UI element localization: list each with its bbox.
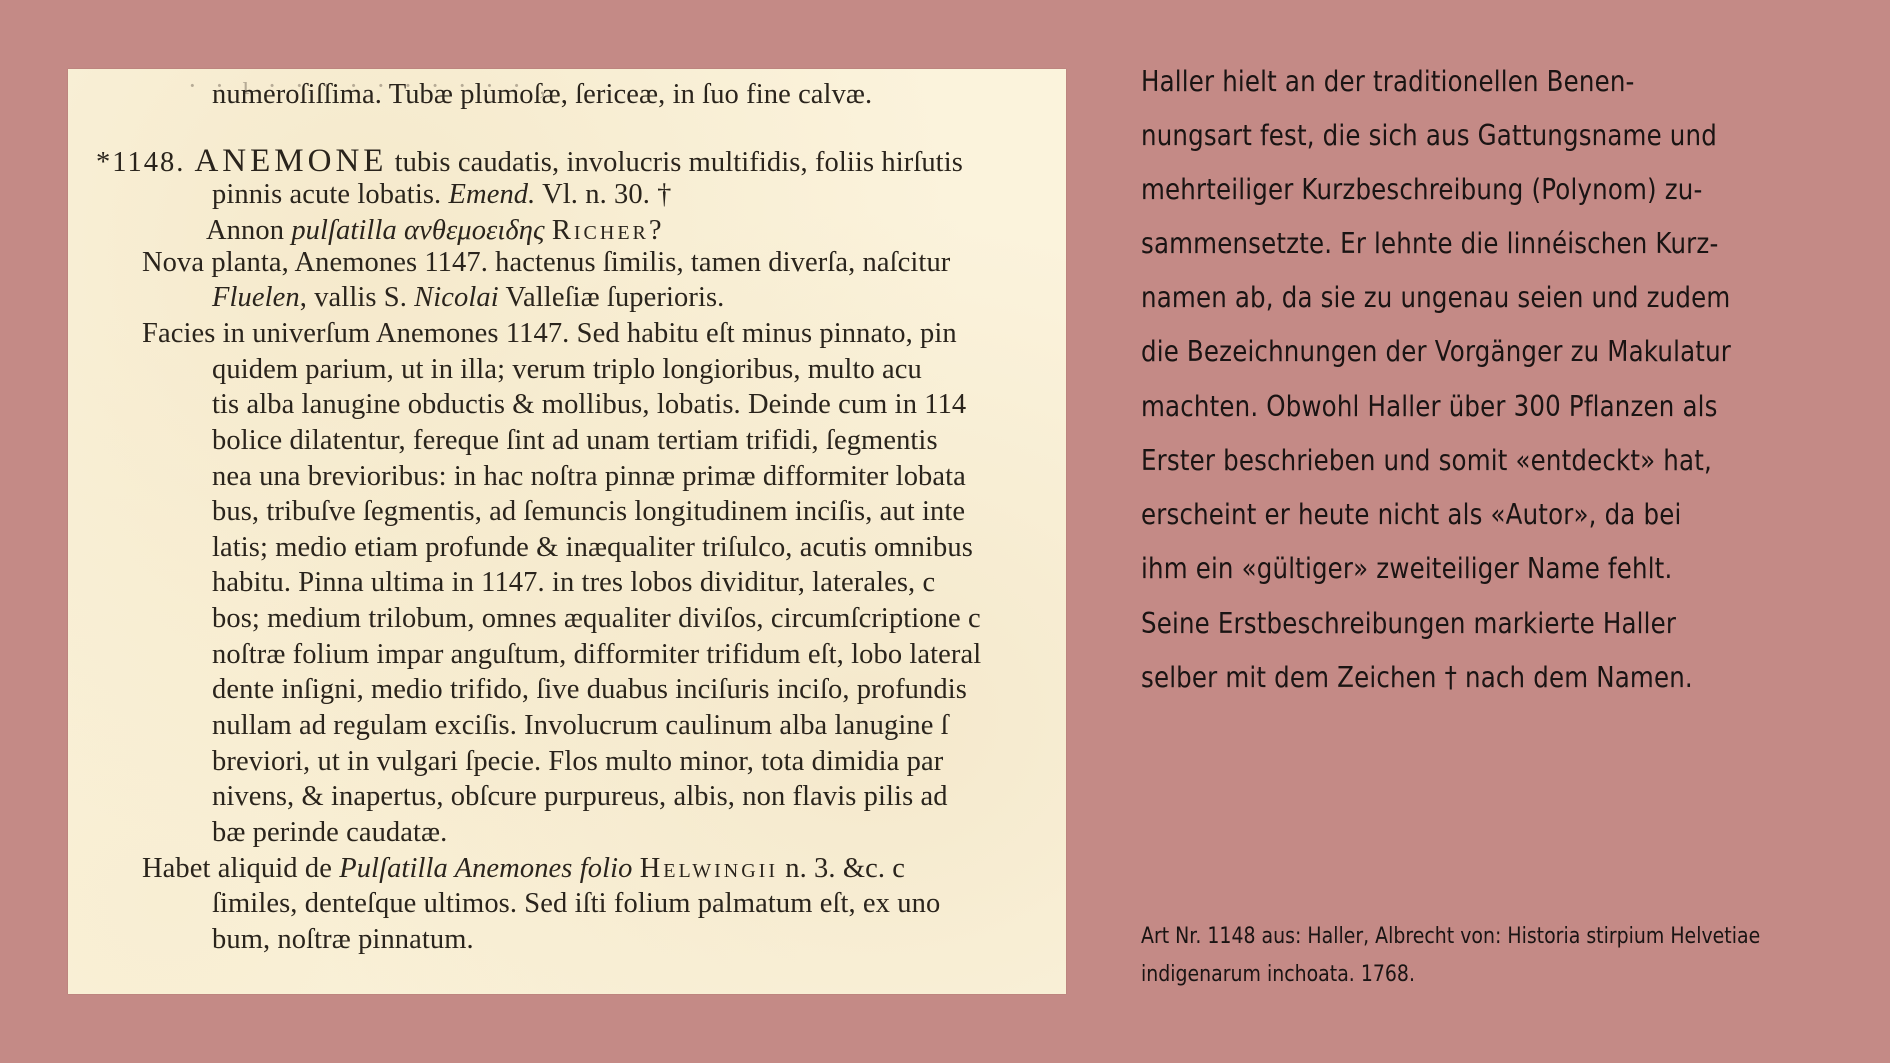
text-run: ſimiles, denteſque ultimos. Sed iſti fol… (212, 888, 940, 919)
text-run: Vl. n. 30. † (535, 179, 671, 210)
description-line: Haller hielt an der traditionellen Benen… (1141, 68, 1635, 97)
text-run: bos; medium trilobum, omnes æqualiter di… (212, 603, 981, 634)
text-run: nullam ad regulam exciſis. Involucrum ca… (212, 710, 949, 741)
text-run: Facies in univerſum Anemones 1147. Sed h… (142, 318, 957, 349)
description-line: Seine Erstbeschreibungen markierte Halle… (1141, 610, 1676, 639)
italic-text: pulſatilla ανθεμοειδης (291, 215, 544, 246)
text-run: ? (649, 215, 662, 246)
scan-text-line: bos; medium trilobum, omnes æqualiter di… (212, 605, 981, 634)
scan-text-line: Nova planta, Anemones 1147. hactenus ſim… (142, 249, 950, 278)
text-run: bæ perinde caudatæ. (212, 817, 447, 848)
text-run: Nova planta, Anemones 1147. hactenus ſim… (142, 247, 950, 278)
description-line: selber mit dem Zeichen † nach dem Namen. (1141, 664, 1693, 693)
description-line: mehrteiliger Kurzbeschreibung (Polynom) … (1141, 176, 1703, 205)
description-line: erscheint er heute nicht als «Autor», da… (1141, 501, 1681, 530)
scan-text-line: bolice dilatentur, fereque ſint ad unam … (212, 427, 938, 456)
text-run: numeroſiſſima. Tubæ plumoſæ, ſericeæ, in… (212, 79, 872, 110)
text-run: bolice dilatentur, fereque ſint ad unam … (212, 425, 938, 456)
text-run: Habet aliquid de (142, 853, 339, 884)
text-run: tis alba lanugine obductis & mollibus, l… (212, 389, 966, 420)
description-line: die Bezeichnungen der Vorgänger zu Makul… (1141, 338, 1731, 367)
text-run (632, 853, 639, 884)
text-run: habitu. Pinna ultima in 1147. in tres lo… (212, 567, 935, 598)
text-run: quidem parium, ut in illa; verum triplo … (212, 354, 922, 385)
text-run: Valleſiæ ſuperioris. (499, 282, 725, 313)
scan-text-line: bæ perinde caudatæ. (212, 819, 447, 848)
text-run: latis; medio etiam profunde & inæqualite… (212, 532, 973, 563)
scan-text-line: quidem parium, ut in illa; verum triplo … (212, 356, 922, 385)
text-run: tubis caudatis, involucris multifidis, f… (387, 147, 962, 178)
scan-text-line: bum, noſtræ pinnatum. (212, 926, 474, 955)
scan-text-line: ſimiles, denteſque ultimos. Sed iſti fol… (212, 890, 940, 919)
scan-text-line: dente inſigni, medio trifido, ſive duabu… (212, 676, 967, 705)
caption-line: indigenarum inchoata. 1768. (1141, 964, 1415, 986)
description-line: namen ab, da sie zu ungenau seien und zu… (1141, 284, 1730, 313)
text-run: nivens, & inapertus, obſcure purpureus, … (212, 781, 948, 812)
scan-text-line: nivens, & inapertus, obſcure purpureus, … (212, 783, 948, 812)
text-run: Annon (206, 215, 291, 246)
scan-text-line: latis; medio etiam profunde & inæqualite… (212, 534, 973, 563)
scan-text-line: Habet aliquid de Pulſatilla Anemones fol… (142, 855, 905, 884)
italic-text: Emend. (449, 179, 536, 210)
text-run: bus, tribuſve ſegmentis, ad ſemuncis lon… (212, 496, 965, 527)
description-line: ihm ein «gültiger» zweiteiliger Name feh… (1141, 555, 1672, 584)
scan-text-line: nullam ad regulam exciſis. Involucrum ca… (212, 712, 949, 741)
text-run: bum, noſtræ pinnatum. (212, 924, 474, 955)
text-run: breviori, ut in vulgari ſpecie. Flos mul… (212, 746, 943, 777)
description-line: nungsart fest, die sich aus Gattungsname… (1141, 122, 1717, 151)
description-line: sammensetzte. Er lehnte die linnéischen … (1141, 230, 1718, 259)
scan-text-line: Facies in univerſum Anemones 1147. Sed h… (142, 320, 957, 349)
scan-text-line: nea una brevioribus: in hac noſtra pinnæ… (212, 463, 966, 492)
text-run: nea una brevioribus: in hac noſtra pinnæ… (212, 461, 966, 492)
italic-text: Pulſatilla Anemones folio (339, 853, 632, 884)
italic-text: Nicolai (414, 282, 499, 313)
small-caps-text: Helwingii (640, 853, 778, 884)
genus-name: ANEMONE (194, 143, 387, 179)
scan-text-line: numeroſiſſima. Tubæ plumoſæ, ſericeæ, in… (212, 81, 872, 110)
scan-text-line: Annon pulſatilla ανθεμοειδης Richer? (206, 217, 662, 246)
scan-text-line: bus, tribuſve ſegmentis, ad ſemuncis lon… (212, 498, 965, 527)
historical-page-scan: · · ɩ · · · · · · · · · · , numeroſiſſim… (68, 69, 1066, 994)
description-line: Erster beschrieben und somit «entdeckt» … (1141, 447, 1712, 476)
scan-text-line: habitu. Pinna ultima in 1147. in tres lo… (212, 569, 935, 598)
text-run: n. 3. &c. c (778, 853, 905, 884)
scan-text-line: noſtræ folium impar anguſtum, difformite… (212, 641, 981, 670)
scan-text-line: *1148. ANEMONE tubis caudatis, involucri… (96, 145, 963, 178)
species-number: *1148. (96, 147, 194, 178)
text-run (545, 215, 552, 246)
scan-text-line: breviori, ut in vulgari ſpecie. Flos mul… (212, 748, 943, 777)
scan-text-line: pinnis acute lobatis. Emend. Vl. n. 30. … (212, 181, 672, 210)
scan-text-line: Fluelen, vallis S. Nicolai Valleſiæ ſupe… (212, 284, 724, 313)
scan-text-line: tis alba lanugine obductis & mollibus, l… (212, 391, 966, 420)
caption-line: Art Nr. 1148 aus: Haller, Albrecht von: … (1141, 926, 1760, 948)
italic-text: Fluelen (212, 282, 300, 313)
text-run: pinnis acute lobatis. (212, 179, 449, 210)
description-line: machten. Obwohl Haller über 300 Pflanzen… (1141, 393, 1718, 422)
text-run: noſtræ folium impar anguſtum, difformite… (212, 639, 981, 670)
text-run: dente inſigni, medio trifido, ſive duabu… (212, 674, 967, 705)
small-caps-text: Richer (552, 215, 649, 246)
text-run: , vallis S. (300, 282, 414, 313)
